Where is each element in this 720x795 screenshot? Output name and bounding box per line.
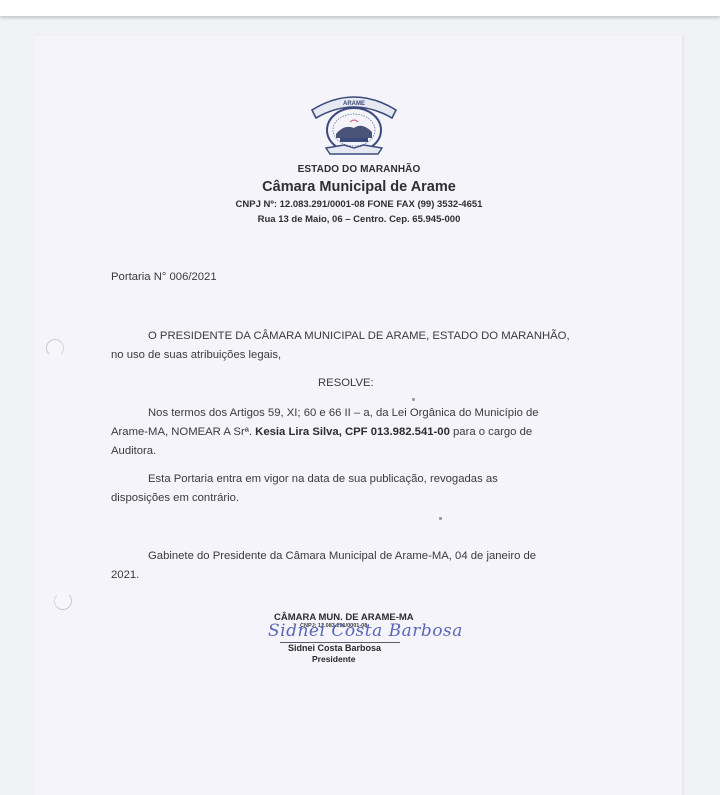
- signer-name: Sidnei Costa Barbosa: [288, 643, 381, 653]
- header-address: Rua 13 de Maio, 06 – Centro. Cep. 65.945…: [34, 214, 684, 225]
- punch-hole-icon: [54, 592, 72, 610]
- handwritten-signature: Sidnei Costa Barbosa: [268, 621, 463, 641]
- paragraph-3-line-2: disposições em contrário.: [111, 492, 239, 504]
- scan-speck: [412, 398, 415, 401]
- punch-hole-icon: [46, 339, 64, 357]
- header-institution: Câmara Municipal de Arame: [34, 179, 684, 195]
- scan-speck: [439, 517, 442, 520]
- paragraph-2-line-3: Auditora.: [111, 445, 156, 457]
- document-title: Portaria N° 006/2021: [111, 271, 217, 283]
- signer-role: Presidente: [312, 654, 355, 664]
- paragraph-3-line-1: Esta Portaria entra em vigor na data de …: [148, 473, 498, 485]
- resolve-heading: RESOLVE:: [318, 377, 374, 389]
- appointment-intro: Arame-MA, NOMEAR A Srª.: [111, 426, 255, 438]
- svg-text:ARAME: ARAME: [343, 101, 365, 107]
- viewer-top-bar: [0, 0, 720, 16]
- header-contact: CNPJ Nº: 12.083.291/0001-08 FONE FAX (99…: [34, 199, 684, 210]
- page-edge: [682, 36, 684, 795]
- closing-line-2: 2021.: [111, 569, 139, 581]
- document-page: ARAME ESTADO DO MARANHÃO Câmara Municipa…: [34, 36, 684, 795]
- header-state: ESTADO DO MARANHÃO: [34, 164, 684, 175]
- appointment-role-intro: para o cargo de: [450, 426, 532, 438]
- appointee-name-cpf: Kesia Lira Silva, CPF 013.982.541-00: [255, 426, 450, 438]
- municipal-seal-icon: ARAME: [304, 88, 404, 160]
- paragraph-2-line-1: Nos termos dos Artigos 59, XI; 60 e 66 I…: [148, 407, 539, 419]
- closing-line-1: Gabinete do Presidente da Câmara Municip…: [148, 550, 536, 562]
- paragraph-2-line-2: Arame-MA, NOMEAR A Srª. Kesia Lira Silva…: [111, 426, 532, 438]
- paragraph-1-line-1: O PRESIDENTE DA CÂMARA MUNICIPAL DE ARAM…: [148, 330, 570, 342]
- paragraph-1-line-2: no uso de suas atribuições legais,: [111, 349, 281, 361]
